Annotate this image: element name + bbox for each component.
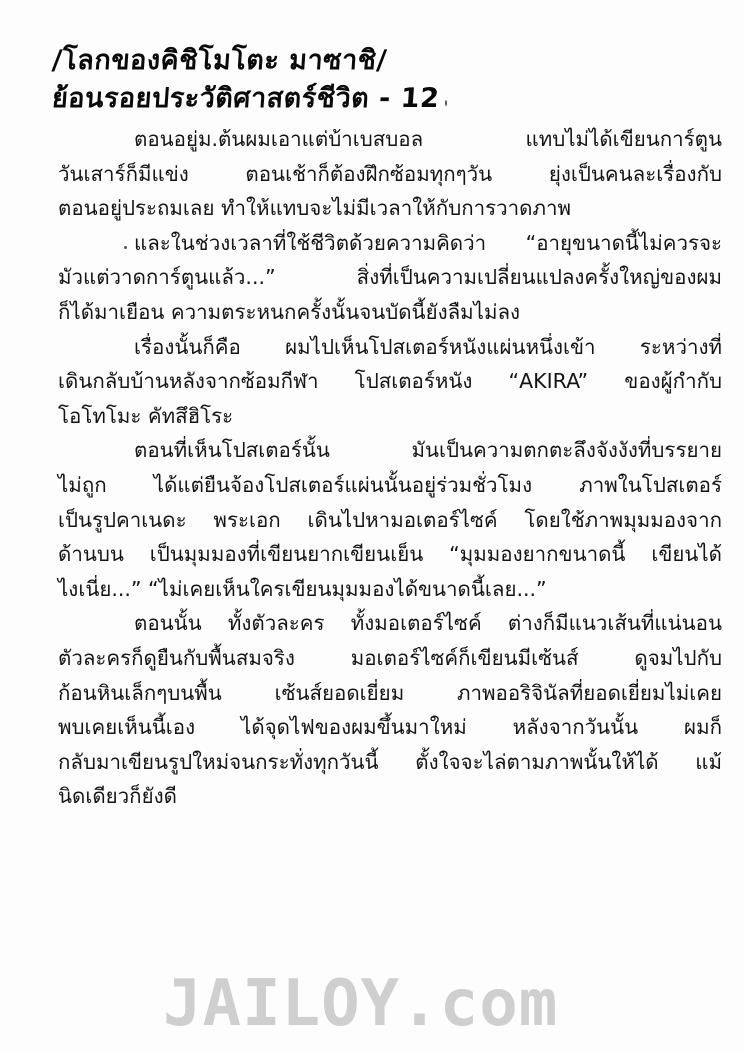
paragraph-5-line-2: ตัวละครก็ดูยืนกับพื้นสมจริง มอเตอร์ไซค์ก… xyxy=(58,641,722,676)
paragraph-1-line-1: ตอนอยู่ม.ต้นผมเอาแต่บ้าเบสบอล แทบไม่ได้เ… xyxy=(58,122,722,157)
paragraph-4-line-4: ด้านบน เป็นมุมมองที่เขียนยากเขียนเย็น “ม… xyxy=(58,537,722,572)
paragraph-5-line-6: นิดเดียวก็ยังดี xyxy=(58,779,722,814)
paragraph-1-line-3: ตอนอยู่ประถมเลย ทำให้แทบจะไม่มีเวลาให้กั… xyxy=(58,191,722,226)
paragraph-3-line-1: เรื่องนั้นก็คือ ผมไปเห็นโปสเตอร์หนังแผ่น… xyxy=(58,330,722,365)
paragraph-2-line-3: ก็ได้มาเยือน ความตระหนกครั้งนั้นจนบัดนี้… xyxy=(58,295,722,330)
paragraph-2-line-1: และในช่วงเวลาที่ใช้ชีวิตด้วยความคิดว่า “… xyxy=(58,226,722,261)
paragraph-5-line-1: ตอนนั้น ทั้งตัวละคร ทั้งมอเตอร์ไซค์ ต่าง… xyxy=(58,606,722,641)
document-page: /โลกของคิชิโมโตะ มาซาชิ/ ย้อนรอยประวัติศ… xyxy=(0,0,744,1053)
watermark: JAILOY.com xyxy=(163,972,603,1036)
paragraph-4-line-5: ไงเนี่ย...” “ไม่เคยเห็นใครเขียนมุมมองได้… xyxy=(58,572,722,607)
paragraph-3-line-2: เดินกลับบ้านหลังจากซ้อมกีฬา โปสเตอร์หนัง… xyxy=(58,364,722,399)
paragraph-5-line-5: กลับมาเขียนรูปใหม่จนกระทั่งทุกวันนี้ ตั้… xyxy=(58,745,722,780)
paragraph-1-line-2: วันเสาร์ก็มีแข่ง ตอนเช้าก็ต้องฝึกซ้อมทุก… xyxy=(58,157,722,192)
paragraph-5-line-3: ก้อนหินเล็กๆบนพื้น เซ้นส์ยอดเยี่ยม ภาพออ… xyxy=(58,676,722,711)
paragraph-3-line-3: โอโทโมะ คัทสึฮิโระ xyxy=(58,399,722,434)
paragraph-4-line-2: ไม่ถูก ได้แต่ยืนจ้องโปสเตอร์แผ่นนั้นอยู่… xyxy=(58,468,722,503)
title-line-2: ย้อนรอยประวัติศาสตร์ชีวิต - 12 xyxy=(51,80,714,118)
paragraph-2-line-2: มัวแต่วาดการ์ตูนแล้ว...” สิ่งที่เป็นความ… xyxy=(58,260,722,295)
paragraph-5-line-4: พบเคยเห็นนี้เอง ได้จุดไฟของผมขึ้นมาใหม่ … xyxy=(58,710,722,745)
paragraph-4-line-3: เป็นรูปคาเนดะ พระเอก เดินไปหามอเตอร์ไซค์… xyxy=(58,503,722,538)
title-line-1: /โลกของคิชิโมโตะ มาซาชิ/ xyxy=(51,42,714,80)
document-title: /โลกของคิชิโมโตะ มาซาชิ/ ย้อนรอยประวัติศ… xyxy=(52,42,712,118)
document-body: ตอนอยู่ม.ต้นผมเอาแต่บ้าเบสบอล แทบไม่ได้เ… xyxy=(58,122,722,814)
paragraph-4-line-1: ตอนที่เห็นโปสเตอร์นั้น มันเป็นความตกตะลึ… xyxy=(58,433,722,468)
